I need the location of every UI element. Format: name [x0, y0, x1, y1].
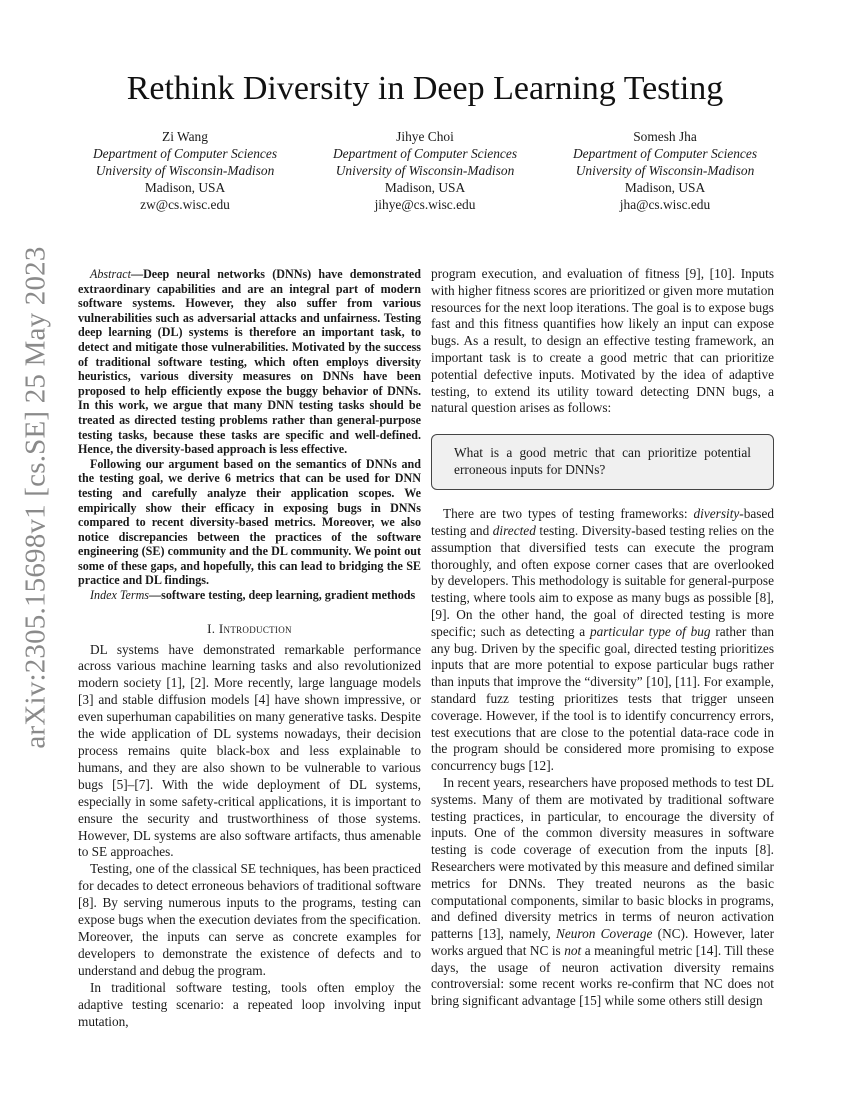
author-email: zw@cs.wisc.edu: [75, 196, 295, 213]
author-dept: Department of Computer Sciences: [555, 145, 775, 162]
author-3: Somesh Jha Department of Computer Scienc…: [555, 128, 775, 213]
author-name: Zi Wang: [75, 128, 295, 145]
abstract-label: Abstract: [90, 267, 131, 281]
author-dept: Department of Computer Sciences: [75, 145, 295, 162]
author-block: Zi Wang Department of Computer Sciences …: [75, 128, 775, 213]
arxiv-stamp-text: arXiv:2305.15698v1 [cs.SE] 25 May 2023: [20, 246, 53, 748]
abstract: Abstract—Deep neural networks (DNNs) hav…: [78, 267, 421, 603]
author-name: Somesh Jha: [555, 128, 775, 145]
author-location: Madison, USA: [315, 179, 535, 196]
intro-paragraph-3: In traditional software testing, tools o…: [78, 980, 421, 1031]
author-email: jihye@cs.wisc.edu: [315, 196, 535, 213]
intro-paragraph-3-continued: program execution, and evaluation of fit…: [431, 266, 774, 417]
author-location: Madison, USA: [555, 179, 775, 196]
research-question-text: What is a good metric that can prioritiz…: [454, 445, 751, 477]
author-2: Jihye Choi Department of Computer Scienc…: [315, 128, 535, 213]
left-column: Abstract—Deep neural networks (DNNs) hav…: [78, 267, 421, 1030]
author-univ: University of Wisconsin-Madison: [315, 162, 535, 179]
index-terms: Index Terms—software testing, deep learn…: [78, 588, 421, 603]
author-1: Zi Wang Department of Computer Sciences …: [75, 128, 295, 213]
paper-title: Rethink Diversity in Deep Learning Testi…: [0, 70, 850, 108]
section-heading-introduction: I. Introduction: [78, 621, 421, 638]
research-question-box: What is a good metric that can prioritiz…: [431, 434, 774, 490]
author-name: Jihye Choi: [315, 128, 535, 145]
index-terms-label: Index Terms: [90, 588, 149, 602]
arxiv-stamp: arXiv:2305.15698v1 [cs.SE] 25 May 2023: [16, 262, 56, 732]
author-email: jha@cs.wisc.edu: [555, 196, 775, 213]
author-univ: University of Wisconsin-Madison: [555, 162, 775, 179]
intro-paragraph-5: In recent years, researchers have propos…: [431, 775, 774, 1010]
intro-paragraph-2: Testing, one of the classical SE techniq…: [78, 861, 421, 979]
abstract-paragraph-2: Following our argument based on the sema…: [78, 457, 421, 588]
intro-paragraph-4: There are two types of testing framework…: [431, 506, 774, 775]
abstract-paragraph-1: Abstract—Deep neural networks (DNNs) hav…: [78, 267, 421, 457]
author-dept: Department of Computer Sciences: [315, 145, 535, 162]
right-column: program execution, and evaluation of fit…: [431, 266, 774, 1010]
author-univ: University of Wisconsin-Madison: [75, 162, 295, 179]
intro-paragraph-1: DL systems have demonstrated remarkable …: [78, 642, 421, 862]
author-location: Madison, USA: [75, 179, 295, 196]
